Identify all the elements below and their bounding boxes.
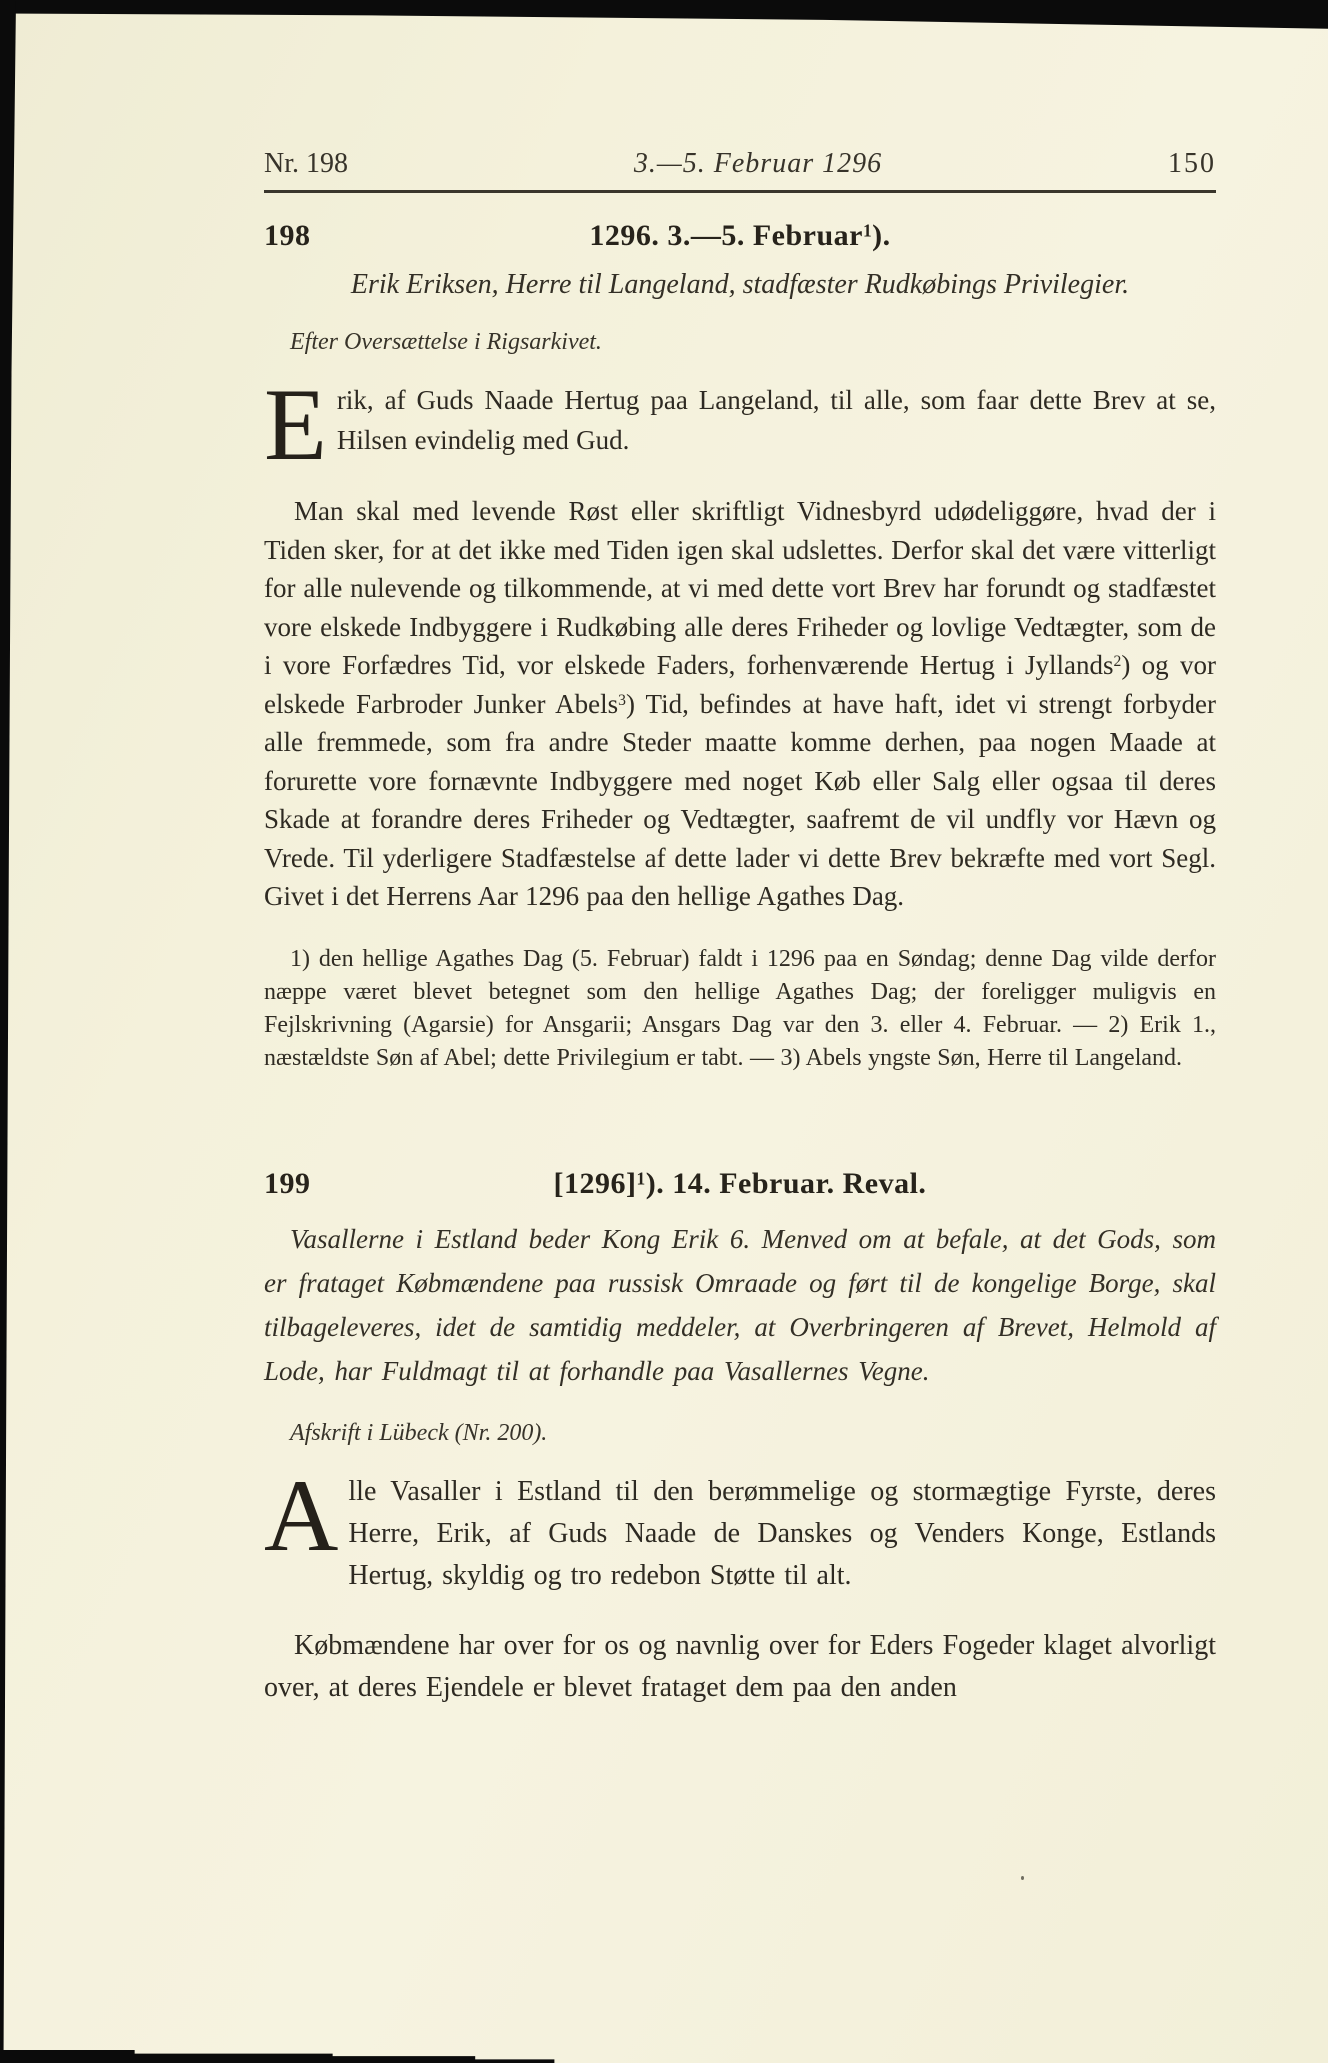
- running-header-date-range: 3.—5. Februar 1296: [634, 148, 882, 180]
- doc-198-regest: Erik Eriksen, Herre til Langeland, stadf…: [264, 269, 1216, 301]
- doc-199-salutation: Alle Vasaller i Estland til den berømmel…: [264, 1471, 1216, 1597]
- scan-edge-bottom: [0, 2045, 792, 2063]
- doc-198-body-seg3: ) Tid, befindes at have haft, idet vi st…: [264, 689, 1216, 912]
- text-column: Nr. 198 3.—5. Februar 1296 150 198 1296.…: [264, 148, 1216, 1737]
- doc-199-date: [1296]1). 14. Februar. Reval.: [554, 1167, 927, 1200]
- running-header-doc-ref: Nr. 198: [264, 148, 348, 180]
- doc-198-body: Man skal med levende Røst eller skriftli…: [264, 492, 1216, 916]
- header-rule: [264, 190, 1216, 193]
- doc-199-date-text: [1296]: [554, 1167, 637, 1200]
- doc-198-salutation: Erik, af Guds Naade Hertug paa Langeland…: [264, 380, 1216, 465]
- doc-198-date-close: ).: [872, 219, 891, 252]
- doc-198-body-seg1: Man skal med levende Røst eller skriftli…: [264, 496, 1216, 680]
- doc-199-salutation-text: lle Vasaller i Estland til den berømmeli…: [348, 1476, 1216, 1591]
- paper-speck: [1021, 1876, 1024, 1880]
- doc-198-footnotes: 1) den hellige Agathes Dag (5. Februar) …: [264, 943, 1216, 1075]
- doc-198-date-note-ref: 1: [863, 220, 872, 240]
- document-198: 198 1296. 3.—5. Februar1). Erik Eriksen,…: [264, 219, 1216, 1075]
- doc-198-source-note: Efter Oversættelse i Rigsarkivet.: [264, 329, 1216, 356]
- doc-199-regest: Vasallerne i Estland beder Kong Erik 6. …: [264, 1217, 1216, 1393]
- scan-edge-left: [0, 0, 16, 2063]
- doc-199-source-note: Afskrift i Lübeck (Nr. 200).: [264, 1420, 1216, 1447]
- doc-199-dropcap: A: [264, 1476, 338, 1556]
- doc-198-date: 1296. 3.—5. Februar1).: [589, 219, 890, 252]
- doc-198-dropcap: E: [264, 385, 327, 465]
- document-199: 199 [1296]1). 14. Februar. Reval. Vasall…: [264, 1167, 1216, 1709]
- doc-198-date-text: 1296. 3.—5. Februar: [589, 219, 863, 252]
- doc-198-heading: 198 1296. 3.—5. Februar1).: [264, 219, 1216, 253]
- doc-198-salutation-text: rik, af Guds Naade Hertug paa Langeland,…: [337, 385, 1216, 455]
- running-header: Nr. 198 3.—5. Februar 1296 150: [264, 148, 1216, 182]
- scan-edge-top: [0, 0, 1328, 32]
- doc-199-number: 199: [264, 1167, 311, 1201]
- doc-198-number: 198: [264, 219, 311, 253]
- doc-199-date-note-ref: 1: [637, 1168, 646, 1188]
- doc-199-heading: 199 [1296]1). 14. Februar. Reval.: [264, 1167, 1216, 1201]
- page-number: 150: [1168, 148, 1216, 180]
- doc-198-note-ref-3: 3: [618, 692, 626, 709]
- doc-199-date-close: ). 14. Februar. Reval.: [646, 1167, 927, 1200]
- doc-199-body: Købmændene har over for os og navnlig ov…: [264, 1625, 1216, 1709]
